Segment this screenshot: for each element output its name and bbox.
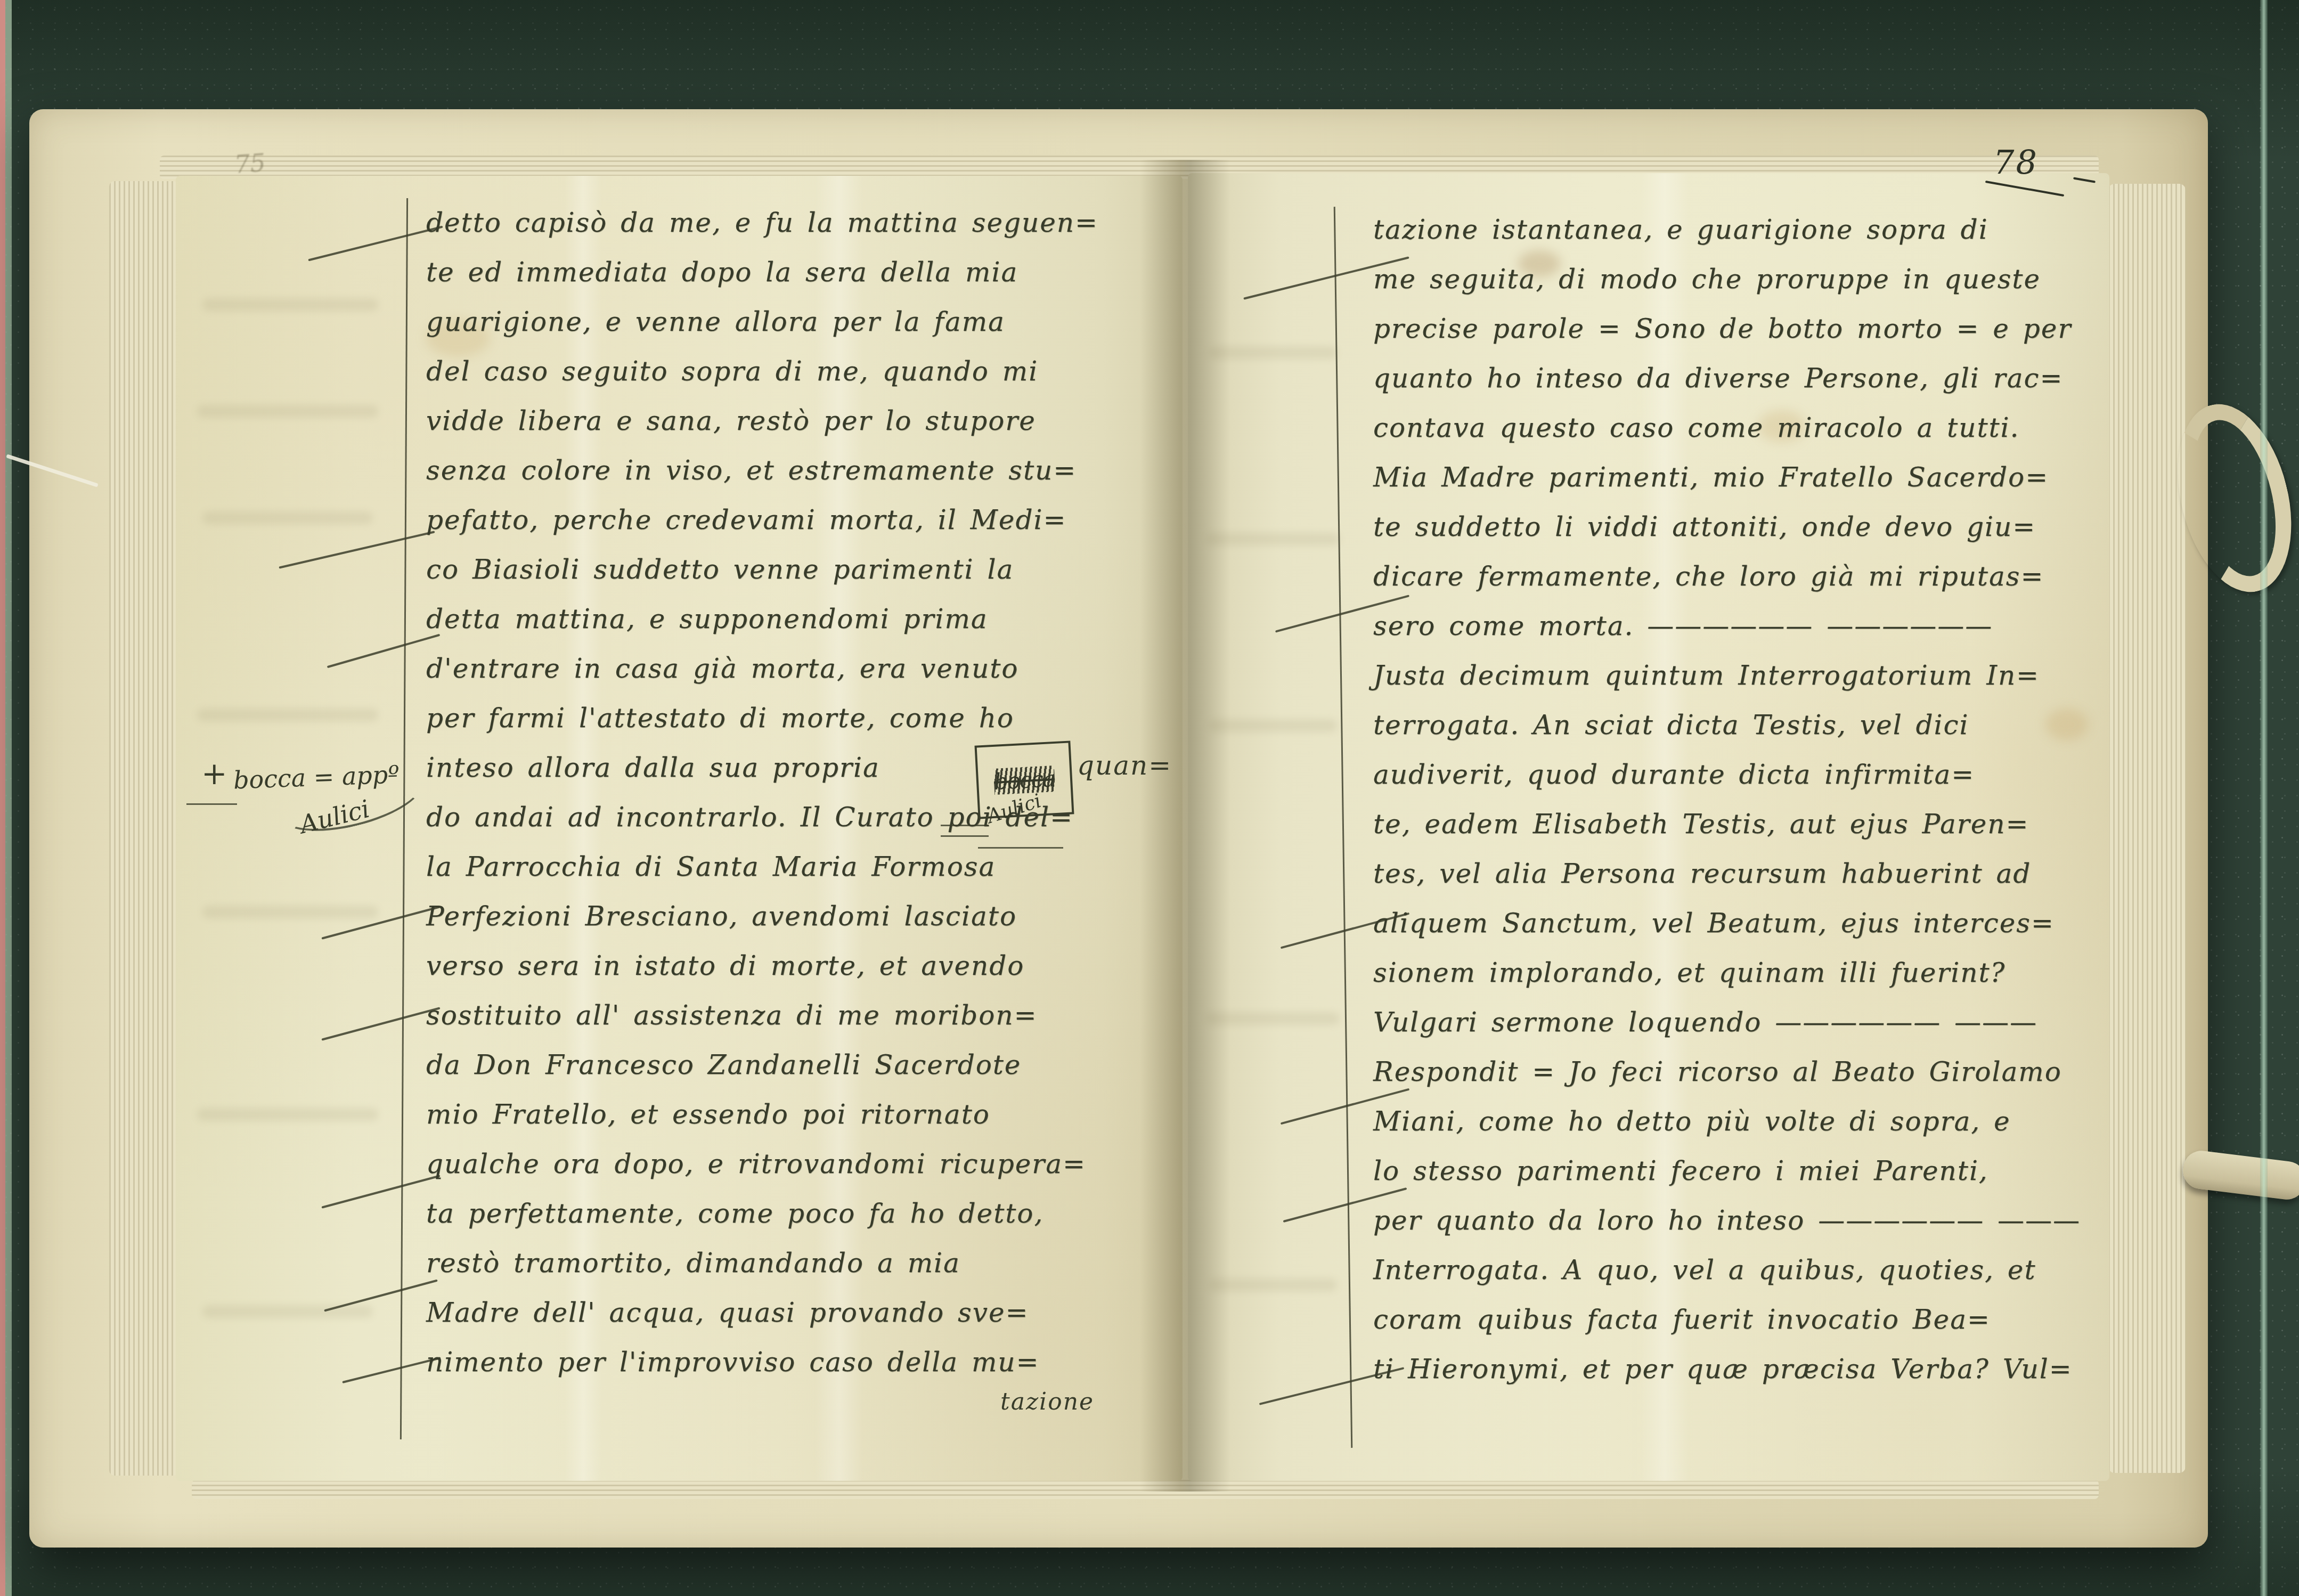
correction-underscore xyxy=(978,847,1063,849)
manuscript-line: del caso seguito sopra di me, quando mi xyxy=(426,347,1135,396)
manuscript-line: quanto ho inteso da diverse Persone, gli… xyxy=(1373,354,2119,403)
manuscript-line: dicare fermamente, che loro già mi riput… xyxy=(1373,552,2119,601)
manuscript-line: Miani, come ho detto più volte di sopra,… xyxy=(1373,1097,2119,1146)
margin-note-dash xyxy=(186,803,237,805)
ghost-folio-number: 75 xyxy=(233,148,266,179)
bleedthrough-text xyxy=(202,906,378,918)
manuscript-line: mio Fratello, et essendo poi ritornato xyxy=(426,1090,1135,1139)
manuscript-line: detta mattina, e supponendomi prima xyxy=(426,595,1135,644)
manuscript-line: co Biasioli suddetto venne parimenti la xyxy=(426,545,1135,595)
page-stack-fore-edge xyxy=(2108,184,2186,1473)
manuscript-line: Respondit = Jo feci ricorso al Beato Gir… xyxy=(1373,1047,2119,1097)
page-stack-left-edge xyxy=(109,181,178,1476)
manuscript-line: senza colore in viso, et estremamente st… xyxy=(426,446,1135,495)
bleedthrough-text xyxy=(1206,533,1340,545)
manuscript-line: lo stesso parimenti fecero i miei Parent… xyxy=(1373,1146,2119,1196)
manuscript-line: restò tramortito, dimandando a mia xyxy=(426,1239,1135,1288)
manuscript-line: detto capisò da me, e fu la mattina segu… xyxy=(426,198,1135,248)
manuscript-line: audiverit, quod durante dicta infirmita= xyxy=(1373,750,2119,800)
bleedthrough-text xyxy=(202,298,378,311)
manuscript-line: per quanto da loro ho inteso —————— ——— xyxy=(1373,1196,2119,1245)
correction-continuation: quan= xyxy=(1077,750,1172,781)
manuscript-line: la Parrocchia di Santa Maria Formosa xyxy=(426,842,1135,892)
manuscript-line: tes, vel alia Persona recursum habuerint… xyxy=(1373,849,2119,899)
manuscript-line: tazione istantanea, e guarigione sopra d… xyxy=(1373,205,2119,255)
manuscript-line: coram quibus facta fuerit invocatio Bea= xyxy=(1373,1295,2119,1345)
manuscript-line: sero come morta. —————— —————— xyxy=(1373,601,2119,651)
correction-underscore xyxy=(941,825,989,826)
right-page-text-block: tazione istantanea, e guarigione sopra d… xyxy=(1373,205,2119,1394)
manuscript-line: Justa decimum quintum Interrogatorium In… xyxy=(1373,651,2119,701)
manuscript-line: te suddetto li viddi attoniti, onde devo… xyxy=(1373,502,2119,552)
manuscript-line: contava questo caso come miracolo a tutt… xyxy=(1373,403,2119,453)
bleedthrough-text xyxy=(1209,1279,1337,1291)
manuscript-line: verso sera in istato di morte, et avendo xyxy=(426,941,1135,991)
manuscript-line: Perfezioni Bresciano, avendomi lasciato xyxy=(426,892,1135,941)
manuscript-line: vidde libera e sana, restò per lo stupor… xyxy=(426,396,1135,446)
manuscript-line: per farmi l'attestato di morte, come ho xyxy=(426,694,1135,743)
manuscript-line: da Don Francesco Zandanelli Sacerdote xyxy=(426,1040,1135,1090)
catchword: tazione xyxy=(1000,1388,1094,1415)
bleedthrough-text xyxy=(1209,346,1337,359)
manuscript-line: te, eadem Elisabeth Testis, aut ejus Par… xyxy=(1373,800,2119,849)
manuscript-line: aliquem Sanctum, vel Beatum, ejus interc… xyxy=(1373,899,2119,948)
crossed-out-word: bocca xyxy=(993,766,1056,795)
manuscript-line: ti Hieronymi, et per quæ præcisa Verba? … xyxy=(1373,1345,2119,1394)
manuscript-line: te ed immediata dopo la sera della mia xyxy=(426,248,1135,297)
bleedthrough-text xyxy=(197,1108,378,1121)
bleedthrough-text xyxy=(1206,1012,1340,1025)
correction-underscore xyxy=(941,835,989,837)
bleedthrough-text xyxy=(197,709,378,721)
manuscript-line: sionem implorando, et quinam illi fuerin… xyxy=(1373,948,2119,998)
manuscript-line: Vulgari sermone loquendo —————— ——— xyxy=(1373,998,2119,1047)
folio-number: 78 xyxy=(1993,143,2039,182)
manuscript-line: Mia Madre parimenti, mio Fratello Sacerd… xyxy=(1373,453,2119,502)
scan-edge-pink-strip xyxy=(0,0,5,1596)
manuscript-line: terrogata. An sciat dicta Testis, vel di… xyxy=(1373,701,2119,750)
photograph-of-manuscript: 75 78 + bocca = appº Aulici detto capisò… xyxy=(0,0,2299,1596)
bleedthrough-text xyxy=(197,405,378,418)
glass-edge-line xyxy=(2260,0,2268,1596)
manuscript-line: sostituito all' assistenza di me moribon… xyxy=(426,991,1135,1040)
bleedthrough-text xyxy=(202,1305,373,1318)
bleedthrough-text xyxy=(1209,719,1337,732)
manuscript-line: d'entrare in casa già morta, era venuto xyxy=(426,644,1135,694)
manuscript-line: Interrogata. A quo, vel a quibus, quotie… xyxy=(1373,1245,2119,1295)
manuscript-line: guarigione, e venne allora per la fama xyxy=(426,297,1135,347)
manuscript-line: ta perfettamente, come poco fa ho detto, xyxy=(426,1189,1135,1239)
manuscript-line: me seguita, di modo che proruppe in ques… xyxy=(1373,255,2119,304)
manuscript-line: nimento per l'improvviso caso della mu= xyxy=(426,1338,1135,1387)
manuscript-line: Madre dell' acqua, quasi provando sve= xyxy=(426,1288,1135,1338)
margin-note-mark: + xyxy=(201,755,227,792)
manuscript-line: precise parole = Sono de botto morto = e… xyxy=(1373,304,2119,354)
manuscript-line: pefatto, perche credevami morta, il Medi… xyxy=(426,495,1135,545)
bleedthrough-text xyxy=(202,511,373,524)
manuscript-line: qualche ora dopo, e ritrovandomi ricuper… xyxy=(426,1139,1135,1189)
scan-edge-green-strip xyxy=(5,0,12,1596)
gutter-shadow xyxy=(1140,160,1230,1492)
